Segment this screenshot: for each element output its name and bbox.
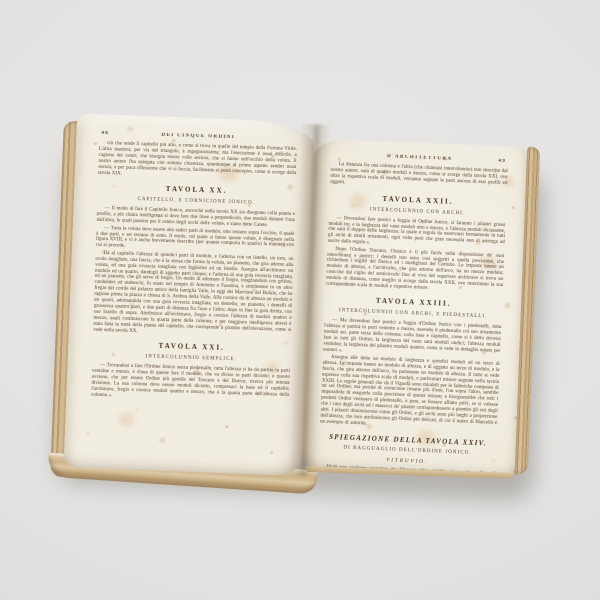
- running-title-left: 48 DEI CINQUE ORDINI: [99, 131, 297, 142]
- paragraph: Dopo l'Ordine Toscano, l'Jonico è il più…: [326, 246, 505, 295]
- page-number-left: 48: [101, 131, 109, 136]
- section-heading-tavola-xx: TAVOLA XX.: [98, 183, 296, 197]
- section-heading-tavola-xxii: TAVOLA XXII.: [329, 192, 506, 207]
- section-subheading: INTERCOLUNNIO SEMPLICE.: [92, 353, 290, 364]
- section-heading-tavola-xxiii: TAVOLA XXIII.: [325, 295, 502, 310]
- paragraph: La distanza fra una colonna e l'altra (c…: [330, 162, 508, 193]
- section-subheading: CAPITELLO, E CORNICIONE JONICO.: [97, 196, 295, 207]
- page-number-right: 49: [498, 159, 506, 164]
- paragraph: ciò che rende il capitello più alto, e c…: [98, 141, 297, 183]
- open-book: 48 DEI CINQUE ORDINI ciò che rende il ca…: [64, 129, 536, 480]
- paragraph: — Trovandosi a fare l'Ordine Jonico senz…: [91, 363, 290, 405]
- left-page: 48 DEI CINQUE ORDINI ciò che rende il ca…: [64, 113, 315, 476]
- left-page-text: 48 DEI CINQUE ORDINI ciò che rende il ca…: [65, 114, 314, 475]
- right-page-text: D'ARCHITETTURA 49 La distanza fra una co…: [302, 138, 529, 476]
- right-page: D'ARCHITETTURA 49 La distanza fra una co…: [302, 138, 529, 476]
- section-heading-tavola-xxi: TAVOLA XXI.: [93, 340, 291, 354]
- photo-background: 48 DEI CINQUE ORDINI ciò che rende il ca…: [0, 0, 600, 600]
- paragraph: Assegna alle dette un modulo di larghezz…: [320, 355, 500, 433]
- paragraph: Dà al capitello l'altezza di quindici pa…: [93, 251, 293, 340]
- paragraph: — Ma dovendosi fare portici a foggia d'O…: [323, 318, 501, 361]
- running-title-left-label: DEI CINQUE ORDINI: [161, 133, 235, 140]
- running-title-right-label: D'ARCHITETTURA: [387, 154, 453, 162]
